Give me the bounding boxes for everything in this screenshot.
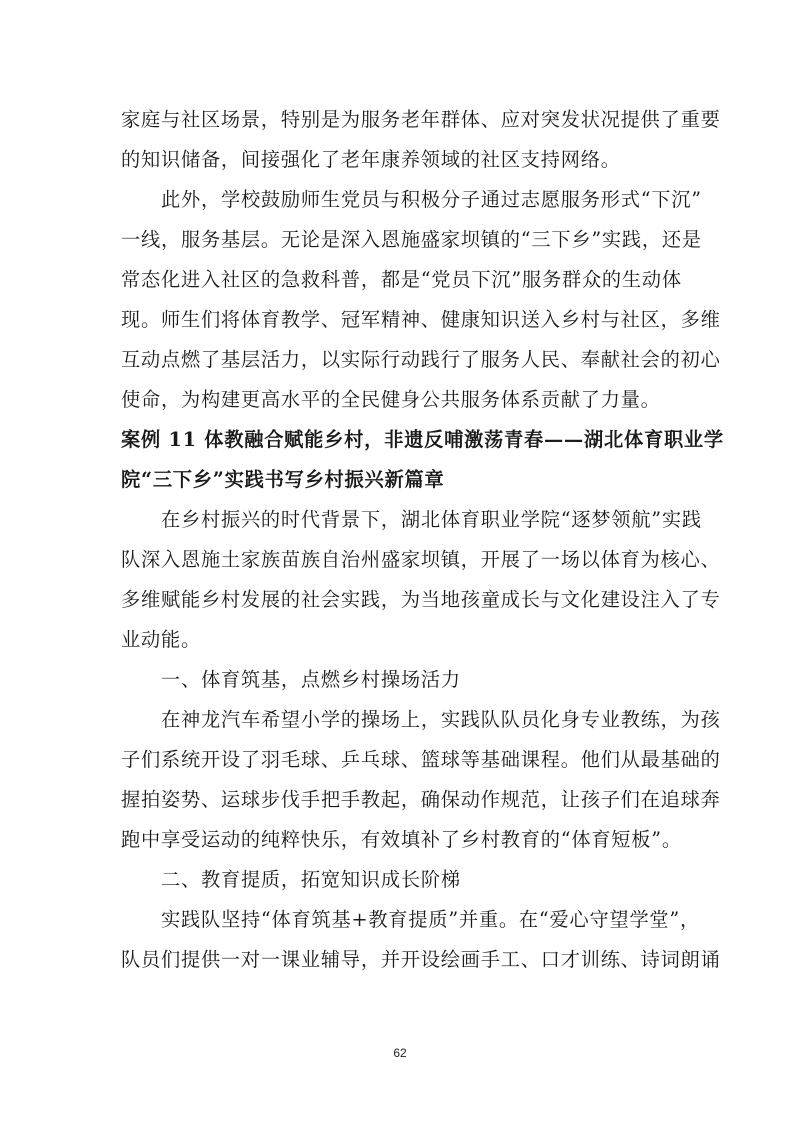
text-line: 子们系统开设了羽毛球、乒乓球、篮球等基础课程。他们从最基础的 (121, 740, 681, 780)
section-heading-education: 二、教育提质，拓宽知识成长阶梯 (121, 860, 681, 900)
case-heading: 案例 11 体教融合赋能乡村，非遗反哺激荡青春——湖北体育职业学 院“三下乡”实… (121, 420, 681, 500)
text-line: 跑中享受运动的纯粹快乐，有效填补了乡村教育的“体育短板”。 (121, 820, 681, 860)
paragraph-intro: 在乡村振兴的时代背景下，湖北体育职业学院“逐梦领航”实践 队深入恩施土家族苗族自… (121, 500, 681, 660)
paragraph-continuation: 家庭与社区场景，特别是为服务老年群体、应对突发状况提供了重要 的知识储备，间接强… (121, 100, 681, 180)
text-line: 的知识储备，间接强化了老年康养领域的社区支持网络。 (121, 140, 681, 180)
heading-line: 院“三下乡”实践书写乡村振兴新篇章 (121, 460, 681, 500)
text-line: 实践队坚持“体育筑基+教育提质”并重。在“爱心守望学堂”， (121, 900, 681, 940)
paragraph-education: 实践队坚持“体育筑基+教育提质”并重。在“爱心守望学堂”， 队员们提供一对一课业… (121, 900, 681, 980)
text-line: 此外，学校鼓励师生党员与积极分子通过志愿服务形式“下沉” (121, 180, 681, 220)
text-line: 队深入恩施土家族苗族自治州盛家坝镇，开展了一场以体育为核心、 (121, 540, 681, 580)
page-number: 62 (0, 1046, 800, 1060)
text-line: 在神龙汽车希望小学的操场上，实践队队员化身专业教练，为孩 (121, 700, 681, 740)
text-line: 使命，为构建更高水平的全民健身公共服务体系贡献了力量。 (121, 380, 681, 420)
subheading-line: 二、教育提质，拓宽知识成长阶梯 (121, 860, 681, 900)
text-line: 互动点燃了基层活力，以实际行动践行了服务人民、奉献社会的初心 (121, 340, 681, 380)
heading-line: 案例 11 体教融合赋能乡村，非遗反哺激荡青春——湖北体育职业学 (121, 420, 681, 460)
text-line: 在乡村振兴的时代背景下，湖北体育职业学院“逐梦领航”实践 (121, 500, 681, 540)
text-line: 多维赋能乡村发展的社会实践，为当地孩童成长与文化建设注入了专 (121, 580, 681, 620)
text-line: 家庭与社区场景，特别是为服务老年群体、应对突发状况提供了重要 (121, 100, 681, 140)
text-line: 一线，服务基层。无论是深入恩施盛家坝镇的“三下乡”实践，还是 (121, 220, 681, 260)
section-heading-sports: 一、体育筑基，点燃乡村操场活力 (121, 660, 681, 700)
text-line: 现。师生们将体育教学、冠军精神、健康知识送入乡村与社区，多维 (121, 300, 681, 340)
text-line: 队员们提供一对一课业辅导，并开设绘画手工、口才训练、诗词朗诵 (121, 940, 681, 980)
text-line: 常态化进入社区的急救科普，都是“党员下沉”服务群众的生动体 (121, 260, 681, 300)
document-page: 家庭与社区场景，特别是为服务老年群体、应对突发状况提供了重要 的知识储备，间接强… (121, 100, 681, 980)
subheading-line: 一、体育筑基，点燃乡村操场活力 (121, 660, 681, 700)
text-line: 业动能。 (121, 620, 681, 660)
text-line: 握拍姿势、运球步伐手把手教起，确保动作规范，让孩子们在追球奔 (121, 780, 681, 820)
paragraph-sports: 在神龙汽车希望小学的操场上，实践队队员化身专业教练，为孩 子们系统开设了羽毛球、… (121, 700, 681, 860)
paragraph-volunteer-service: 此外，学校鼓励师生党员与积极分子通过志愿服务形式“下沉” 一线，服务基层。无论是… (121, 180, 681, 420)
